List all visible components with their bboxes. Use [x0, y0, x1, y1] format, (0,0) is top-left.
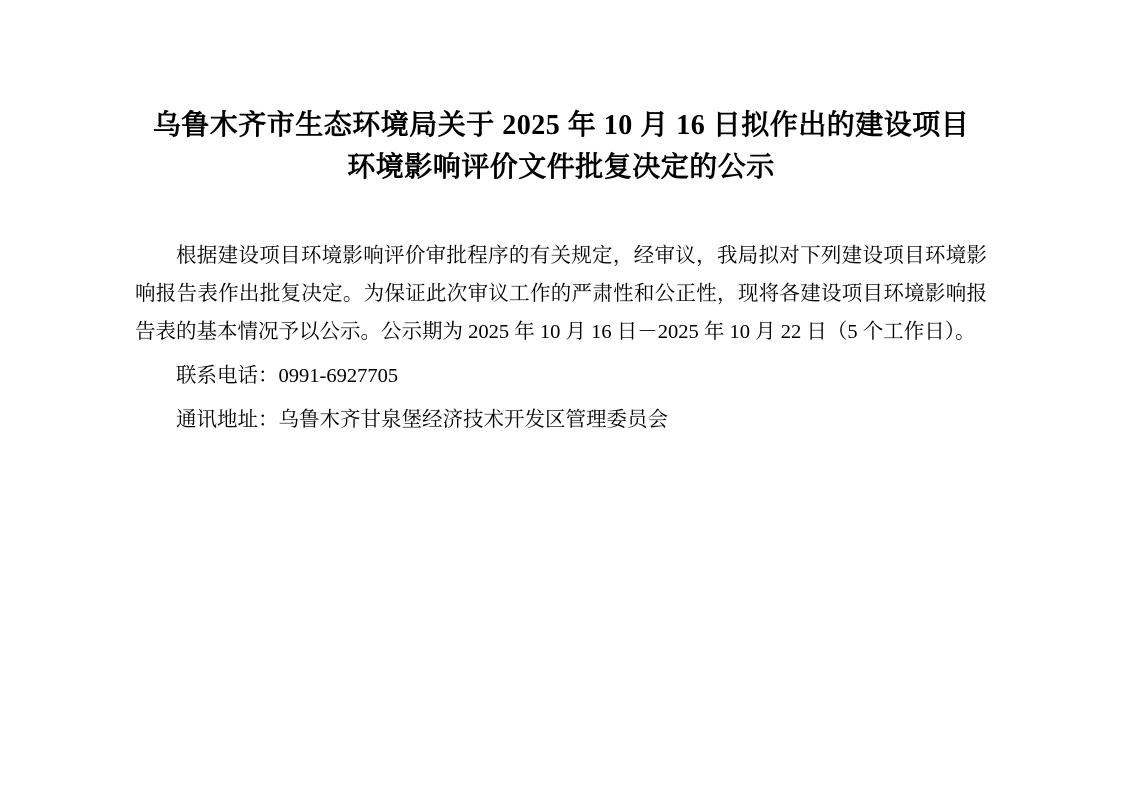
- contact-address-line: 通讯地址：乌鲁木齐甘泉堡经济技术开发区管理委员会: [135, 401, 987, 439]
- contact-phone-line: 联系电话：0991-6927705: [135, 357, 987, 395]
- document-page: 乌鲁木齐市生态环境局关于 2025 年 10 月 16 日拟作出的建设项目 环境…: [0, 0, 1122, 793]
- page-title: 乌鲁木齐市生态环境局关于 2025 年 10 月 16 日拟作出的建设项目 环境…: [135, 105, 987, 189]
- page-title-line-2: 环境影响评价文件批复决定的公示: [135, 147, 987, 189]
- page-title-line-1: 乌鲁木齐市生态环境局关于 2025 年 10 月 16 日拟作出的建设项目: [135, 105, 987, 147]
- document-body: 根据建设项目环境影响评价审批程序的有关规定，经审议，我局拟对下列建设项目环境影响…: [135, 237, 987, 439]
- announcement-paragraph: 根据建设项目环境影响评价审批程序的有关规定，经审议，我局拟对下列建设项目环境影响…: [135, 237, 987, 351]
